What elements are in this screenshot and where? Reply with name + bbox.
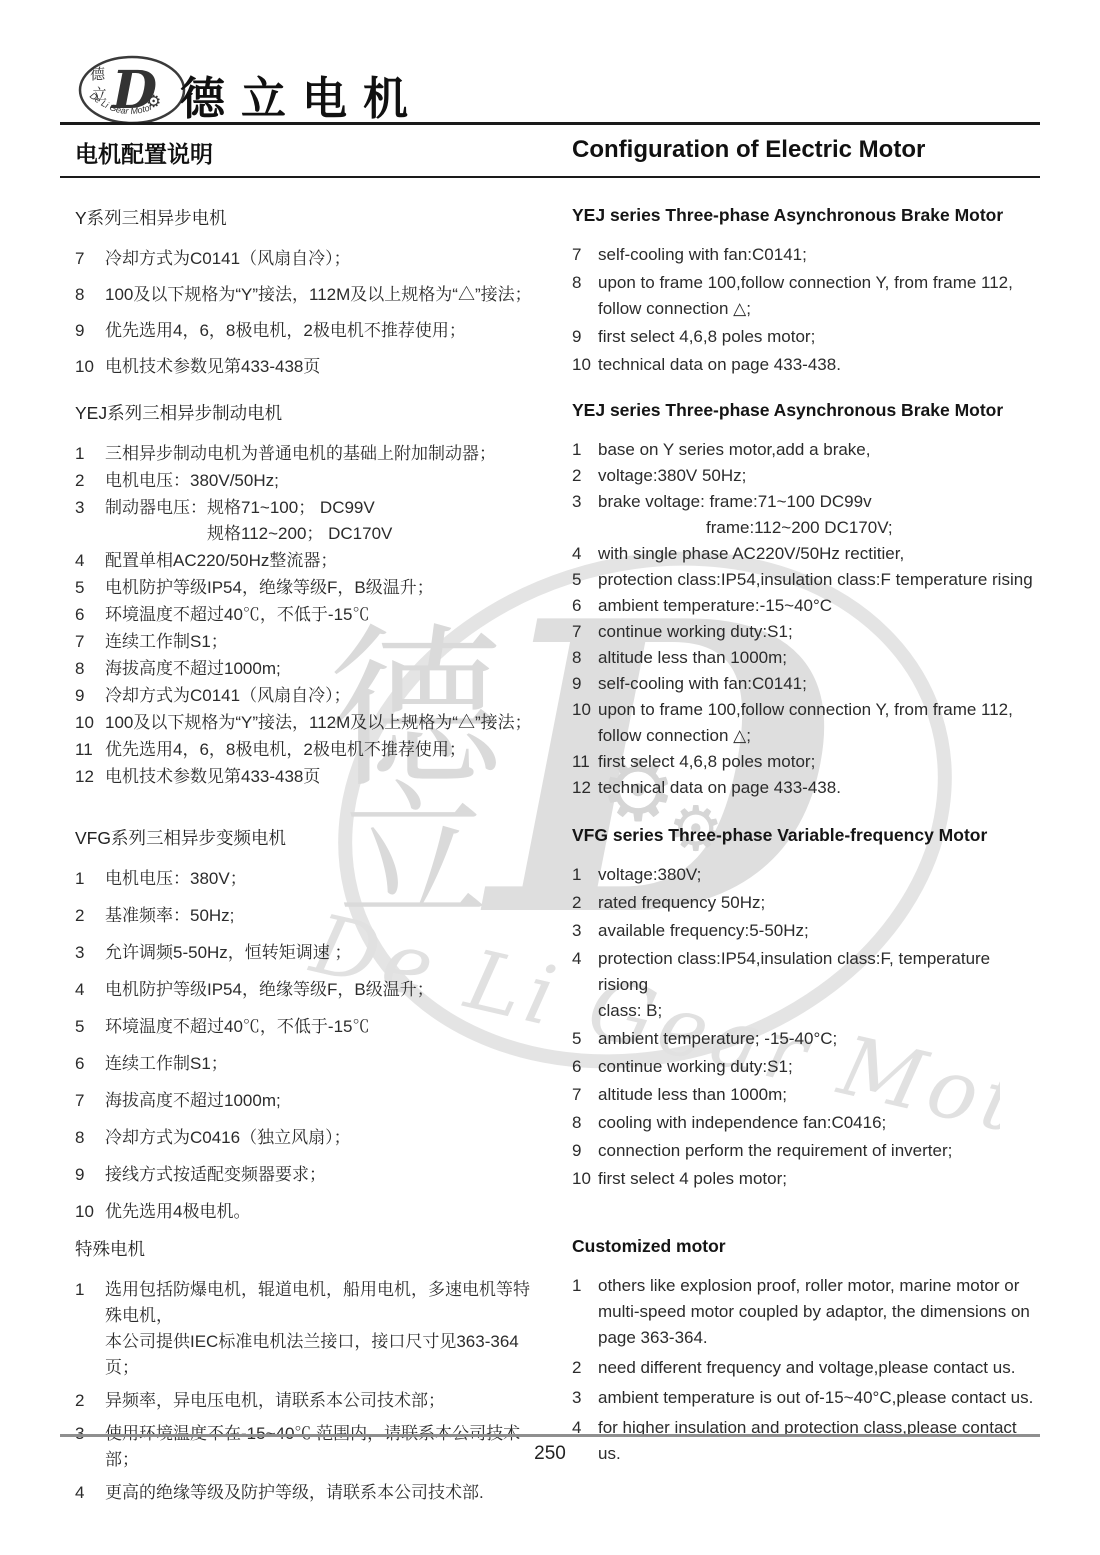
list-item: 4更高的绝缘等级及防护等级，请联系本公司技术部. [75,1480,540,1506]
list-item: 1三相异步制动电机为普通电机的基础上附加制动器； [75,441,540,467]
item-number: 9 [75,1162,105,1188]
section-heading-zh: 特殊电机 [75,1236,540,1261]
item-list: 7冷却方式为C0141（风扇自冷）；8100及以下规格为“Y”接法，112M及以… [75,246,540,380]
item-number: 9 [75,318,105,344]
list-item: 4配置单相AC220/50Hz整流器； [75,548,540,574]
list-item: 9冷却方式为C0141（风扇自冷）； [75,683,540,709]
item-body: 优先选用4极电机。 [105,1199,540,1225]
section-heading-en: VFG series Three-phase Variable-frequenc… [572,825,1040,846]
item-number: 10 [75,354,105,380]
item-number: 5 [572,567,598,593]
item-body: first select 4,6,8 poles motor; [598,324,1040,350]
item-text: upon to frame 100,follow connection Y, f… [598,697,1040,723]
item-number: 4 [572,1415,598,1441]
list-item: 7冷却方式为C0141（风扇自冷）； [75,246,540,272]
item-body: ambient temperature is out of-15~40°C,pl… [598,1385,1040,1411]
item-body: upon to frame 100,follow connection Y, f… [598,697,1040,749]
item-text: follow connection △; [598,296,1040,322]
item-text: 选用包括防爆电机，辊道电机，船用电机，多速电机等特殊电机， [105,1277,540,1329]
item-body: 制动器电压：规格71~100； DC99V规格112~200； DC170V [105,495,540,547]
item-body: self-cooling with fan:C0141; [598,242,1040,268]
item-number: 3 [572,918,598,944]
list-item: 10电机技术参数见第433-438页 [75,354,540,380]
item-number: 6 [75,1051,105,1077]
item-text: available frequency:5-50Hz; [598,918,1040,944]
item-list: 1电机电压：380V；2基准频率：50Hz;3允许调频5-50Hz，恒转矩调速 … [75,866,540,1225]
list-item: 7self-cooling with fan:C0141; [572,242,1040,268]
item-body: self-cooling with fan:C0141; [598,671,1040,697]
list-item: 6ambient temperature:-15~40°C [572,593,1040,619]
item-number: 8 [572,270,598,296]
title-divider [60,176,1040,178]
item-body: 三相异步制动电机为普通电机的基础上附加制动器； [105,441,540,467]
list-item: 5电机防护等级IP54，绝缘等级F，B级温升； [75,575,540,601]
item-body: continue working duty:S1; [598,619,1040,645]
list-item: 7continue working duty:S1; [572,619,1040,645]
item-text: 电机防护等级IP54，绝缘等级F，B级温升； [105,575,540,601]
y-series-zh: Y系列三相异步电机 7冷却方式为C0141（风扇自冷）；8100及以下规格为“Y… [75,205,540,400]
item-body: 优先选用4，6，8极电机，2极电机不推荐使用； [105,737,540,763]
list-item: 5protection class:IP54,insulation class:… [572,567,1040,593]
list-item: 3available frequency:5-50Hz; [572,918,1040,944]
item-text: 100及以下规格为“Y”接法，112M及以上规格为“△”接法； [105,282,540,308]
item-list: 1voltage:380V;2rated frequency 50Hz;3ava… [572,862,1040,1192]
list-item: 8cooling with independence fan:C0416; [572,1110,1040,1136]
item-list: 1三相异步制动电机为普通电机的基础上附加制动器；2电机电压：380V/50Hz;… [75,441,540,790]
item-text: 异频率，异电压电机，请联系本公司技术部； [105,1388,540,1414]
item-number: 6 [572,593,598,619]
item-text: ambient temperature; -15-40°C; [598,1026,1040,1052]
section-customized: 特殊电机 1选用包括防爆电机，辊道电机，船用电机，多速电机等特殊电机，本公司提供… [75,1236,1040,1513]
item-text: cooling with independence fan:C0416; [598,1110,1040,1136]
item-body: technical data on page 433-438. [598,775,1040,801]
item-number: 10 [75,1199,105,1225]
list-item: 2need different frequency and voltage,pl… [572,1355,1040,1381]
item-text: need different frequency and voltage,ple… [598,1355,1040,1381]
page-title-en: Configuration of Electric Motor [572,136,925,164]
list-item: 7连续工作制S1； [75,629,540,655]
item-number: 2 [572,1355,598,1381]
item-body: 更高的绝缘等级及防护等级，请联系本公司技术部. [105,1480,540,1506]
item-text: first select 4,6,8 poles motor; [598,324,1040,350]
item-number: 7 [572,242,598,268]
item-body: upon to frame 100,follow connection Y, f… [598,270,1040,322]
item-number: 1 [572,437,598,463]
item-body: 优先选用4，6，8极电机，2极电机不推荐使用； [105,318,540,344]
item-text: with single phase AC220V/50Hz rectitier, [598,541,1040,567]
item-text: 环境温度不超过40℃，不低于-15℃ [105,602,540,628]
list-item: 5环境温度不超过40℃，不低于-15℃ [75,1014,540,1040]
item-text: continue working duty:S1; [598,1054,1040,1080]
item-body: 电机防护等级IP54，绝缘等级F，B级温升； [105,575,540,601]
item-text: class: B; [598,998,1040,1024]
item-body: first select 4 poles motor; [598,1166,1040,1192]
item-body: 电机技术参数见第433-438页 [105,354,540,380]
list-item: 1others like explosion proof, roller mot… [572,1273,1040,1351]
list-item: 5ambient temperature; -15-40°C; [572,1026,1040,1052]
item-text: 连续工作制S1； [105,1051,540,1077]
item-text: 优先选用4，6，8极电机，2极电机不推荐使用； [105,318,540,344]
item-body: 100及以下规格为“Y”接法，112M及以上规格为“△”接法； [105,282,540,308]
item-number: 5 [75,1014,105,1040]
item-number: 9 [75,683,105,709]
list-item: 6continue working duty:S1; [572,1054,1040,1080]
section-heading-en: Customized motor [572,1236,1040,1257]
list-item: 8海拔高度不超过1000m; [75,656,540,682]
item-text: follow connection △; [598,723,1040,749]
list-item: 1voltage:380V; [572,862,1040,888]
list-item: 2基准频率：50Hz; [75,903,540,929]
logo-graphic: D 德 立 ⚙ De Li Gear Motor [76,52,188,132]
item-number: 12 [572,775,598,801]
item-body: 基准频率：50Hz; [105,903,540,929]
item-number: 3 [75,940,105,966]
list-item: 1电机电压：380V； [75,866,540,892]
item-body: connection perform the requirement of in… [598,1138,1040,1164]
list-item: 10优先选用4极电机。 [75,1199,540,1225]
list-item: 9优先选用4，6，8极电机，2极电机不推荐使用； [75,318,540,344]
list-item: 2异频率，异电压电机，请联系本公司技术部； [75,1388,540,1414]
item-text: 海拔高度不超过1000m; [105,656,540,682]
item-text: 优先选用4极电机。 [105,1199,540,1225]
item-body: 连续工作制S1； [105,1051,540,1077]
item-body: 连续工作制S1； [105,629,540,655]
section-heading-en: YEJ series Three-phase Asynchronous Brak… [572,205,1040,226]
item-number: 1 [572,1273,598,1299]
section-y-series: Y系列三相异步电机 7冷却方式为C0141（风扇自冷）；8100及以下规格为“Y… [75,205,1040,400]
item-number: 1 [75,441,105,467]
footer-divider [60,1434,1040,1437]
item-number: 4 [75,548,105,574]
item-number: 8 [572,645,598,671]
list-item: 9first select 4,6,8 poles motor; [572,324,1040,350]
list-item: 2rated frequency 50Hz; [572,890,1040,916]
yej-series-en: YEJ series Three-phase Asynchronous Brak… [572,400,1040,825]
item-text: connection perform the requirement of in… [598,1138,1040,1164]
item-text: technical data on page 433-438. [598,775,1040,801]
vfg-series-en: VFG series Three-phase Variable-frequenc… [572,825,1040,1236]
item-number: 2 [75,1388,105,1414]
list-item: 7altitude less than 1000m; [572,1082,1040,1108]
item-text: base on Y series motor,add a brake, [598,437,1040,463]
item-body: technical data on page 433-438. [598,352,1040,378]
list-item: 10100及以下规格为“Y”接法，112M及以上规格为“△”接法； [75,710,540,736]
item-text: 接线方式按适配变频器要求； [105,1162,540,1188]
item-text: 电机技术参数见第433-438页 [105,764,540,790]
list-item: 3ambient temperature is out of-15~40°C,p… [572,1385,1040,1411]
item-body: base on Y series motor,add a brake, [598,437,1040,463]
item-number: 4 [572,946,598,972]
item-text: 更高的绝缘等级及防护等级，请联系本公司技术部. [105,1480,540,1506]
item-body: ambient temperature:-15~40°C [598,593,1040,619]
item-text: 冷却方式为C0141（风扇自冷）； [105,246,540,272]
list-item: 3制动器电压：规格71~100； DC99V规格112~200； DC170V [75,495,540,547]
item-list: 7self-cooling with fan:C0141;8upon to fr… [572,242,1040,378]
item-body: continue working duty:S1; [598,1054,1040,1080]
item-number: 7 [572,1082,598,1108]
item-body: 冷却方式为C0141（风扇自冷）； [105,683,540,709]
list-item: 10first select 4 poles motor; [572,1166,1040,1192]
section-yej-series: YEJ系列三相异步制动电机 1三相异步制动电机为普通电机的基础上附加制动器；2电… [75,400,1040,825]
list-item: 12technical data on page 433-438. [572,775,1040,801]
list-item: 11first select 4,6,8 poles motor; [572,749,1040,775]
item-text: 冷却方式为C0141（风扇自冷）； [105,683,540,709]
item-text: rated frequency 50Hz; [598,890,1040,916]
item-body: protection class:IP54,insulation class:F… [598,946,1040,1024]
item-text: altitude less than 1000m; [598,645,1040,671]
item-body: voltage:380V 50Hz; [598,463,1040,489]
item-number: 1 [75,1277,105,1303]
item-number: 9 [572,1138,598,1164]
page-header: D 德 立 ⚙ De Li Gear Motor 德立电机 电机配置说明 Con… [0,0,1100,185]
item-number: 5 [75,575,105,601]
list-item: 7海拔高度不超过1000m; [75,1088,540,1114]
item-text: self-cooling with fan:C0141; [598,242,1040,268]
item-number: 10 [572,1166,598,1192]
item-body: 海拔高度不超过1000m; [105,656,540,682]
item-text: 允许调频5-50Hz，恒转矩调速 ； [105,940,540,966]
item-number: 2 [572,890,598,916]
item-text: page 363-364. [598,1325,1040,1351]
list-item: 10technical data on page 433-438. [572,352,1040,378]
item-text: voltage:380V; [598,862,1040,888]
item-body: 冷却方式为C0141（风扇自冷）； [105,246,540,272]
item-text: 优先选用4，6，8极电机，2极电机不推荐使用； [105,737,540,763]
item-number: 10 [75,710,105,736]
item-text: frame:112~200 DC170V; [706,515,1040,541]
item-text: 本公司提供IEC标准电机法兰接口，接口尺寸见363-364页； [105,1329,540,1381]
item-number: 11 [75,737,105,763]
item-number: 5 [572,1026,598,1052]
list-item: 6环境温度不超过40℃，不低于-15℃ [75,602,540,628]
item-body: need different frequency and voltage,ple… [598,1355,1040,1381]
brand-name: 德立电机 [180,62,424,127]
item-number: 3 [75,495,105,521]
list-item: 3允许调频5-50Hz，恒转矩调速 ； [75,940,540,966]
item-body: 冷却方式为C0416（独立风扇）； [105,1125,540,1151]
list-item: 6连续工作制S1； [75,1051,540,1077]
item-body: brake voltage: frame:71~100 DC99vframe:1… [598,489,1040,541]
item-text: 配置单相AC220/50Hz整流器； [105,548,540,574]
yej-series-zh: YEJ系列三相异步制动电机 1三相异步制动电机为普通电机的基础上附加制动器；2电… [75,400,540,825]
list-item: 1选用包括防爆电机，辊道电机，船用电机，多速电机等特殊电机，本公司提供IEC标准… [75,1277,540,1381]
item-number: 10 [572,697,598,723]
item-body: 电机电压：380V/50Hz; [105,468,540,494]
header-divider [60,122,1040,125]
item-number: 7 [75,1088,105,1114]
list-item: 1base on Y series motor,add a brake, [572,437,1040,463]
item-text: 基准频率：50Hz; [105,903,540,929]
item-body: 环境温度不超过40℃，不低于-15℃ [105,1014,540,1040]
item-text: 电机电压：380V； [105,866,540,892]
item-body: protection class:IP54,insulation class:F… [598,567,1040,593]
page-title-zh: 电机配置说明 [75,136,213,169]
item-body: 选用包括防爆电机，辊道电机，船用电机，多速电机等特殊电机，本公司提供IEC标准电… [105,1277,540,1381]
catalog-page: D 德 立 ⚙ ⚙ De Li Gear Motor D 德 立 ⚙ De Li… [0,0,1100,1555]
list-item: 4with single phase AC220V/50Hz rectitier… [572,541,1040,567]
list-item: 11优先选用4，6，8极电机，2极电机不推荐使用； [75,737,540,763]
item-body: altitude less than 1000m; [598,645,1040,671]
y-series-en: YEJ series Three-phase Asynchronous Brak… [572,205,1040,400]
list-item: 4电机防护等级IP54，绝缘等级F，B级温升； [75,977,540,1003]
item-list: 1others like explosion proof, roller mot… [572,1273,1040,1467]
item-text: continue working duty:S1; [598,619,1040,645]
item-text: multi-speed motor coupled by adaptor, th… [598,1299,1040,1325]
item-number: 3 [572,1385,598,1411]
item-text: 环境温度不超过40℃，不低于-15℃ [105,1014,540,1040]
list-item: 8100及以下规格为“Y”接法，112M及以上规格为“△”接法； [75,282,540,308]
item-body: 允许调频5-50Hz，恒转矩调速 ； [105,940,540,966]
vfg-series-zh: VFG系列三相异步变频电机 1电机电压：380V；2基准频率：50Hz;3允许调… [75,825,540,1236]
item-body: altitude less than 1000m; [598,1082,1040,1108]
item-number: 8 [75,656,105,682]
item-text: 电机技术参数见第433-438页 [105,354,540,380]
item-body: 环境温度不超过40℃，不低于-15℃ [105,602,540,628]
item-text: 三相异步制动电机为普通电机的基础上附加制动器； [105,441,540,467]
item-number: 4 [572,541,598,567]
item-number: 6 [572,1054,598,1080]
list-item: 9connection perform the requirement of i… [572,1138,1040,1164]
section-heading-zh: VFG系列三相异步变频电机 [75,825,540,850]
item-number: 1 [572,862,598,888]
item-body: available frequency:5-50Hz; [598,918,1040,944]
section-heading-zh: YEJ系列三相异步制动电机 [75,400,540,425]
item-number: 2 [75,903,105,929]
item-number: 8 [75,1125,105,1151]
list-item: 4protection class:IP54,insulation class:… [572,946,1040,1024]
item-text: 电机防护等级IP54，绝缘等级F，B级温升； [105,977,540,1003]
item-text: protection class:IP54,insulation class:F… [598,567,1040,593]
list-item: 8upon to frame 100,follow connection Y, … [572,270,1040,322]
item-number: 2 [572,463,598,489]
item-body: cooling with independence fan:C0416; [598,1110,1040,1136]
list-item: 9接线方式按适配变频器要求； [75,1162,540,1188]
item-body: first select 4,6,8 poles motor; [598,749,1040,775]
item-body: ambient temperature; -15-40°C; [598,1026,1040,1052]
item-number: 2 [75,468,105,494]
item-text: 电机电压：380V/50Hz; [105,468,540,494]
item-body: 配置单相AC220/50Hz整流器； [105,548,540,574]
item-text: altitude less than 1000m; [598,1082,1040,1108]
item-number: 12 [75,764,105,790]
item-number: 4 [75,977,105,1003]
item-text: 100及以下规格为“Y”接法，112M及以上规格为“△”接法； [105,710,540,736]
item-number: 6 [75,602,105,628]
item-text: self-cooling with fan:C0141; [598,671,1040,697]
item-text: 规格112~200； DC170V [207,521,540,547]
item-text: protection class:IP54,insulation class:F… [598,946,1040,998]
item-text: voltage:380V 50Hz; [598,463,1040,489]
item-text: 连续工作制S1； [105,629,540,655]
list-item: 9self-cooling with fan:C0141; [572,671,1040,697]
item-body: 电机防护等级IP54，绝缘等级F，B级温升； [105,977,540,1003]
item-text: 制动器电压：规格71~100； DC99V [105,495,540,521]
item-text: 冷却方式为C0416（独立风扇）； [105,1125,540,1151]
item-number: 7 [75,246,105,272]
item-body: 接线方式按适配变频器要求； [105,1162,540,1188]
item-number: 9 [572,671,598,697]
item-body: rated frequency 50Hz; [598,890,1040,916]
item-number: 9 [572,324,598,350]
item-body: 海拔高度不超过1000m; [105,1088,540,1114]
item-text: 海拔高度不超过1000m; [105,1088,540,1114]
item-number: 11 [572,749,598,775]
item-body: 异频率，异电压电机，请联系本公司技术部； [105,1388,540,1414]
item-list: 1选用包括防爆电机，辊道电机，船用电机，多速电机等特殊电机，本公司提供IEC标准… [75,1277,540,1506]
customized-zh: 特殊电机 1选用包括防爆电机，辊道电机，船用电机，多速电机等特殊电机，本公司提供… [75,1236,540,1513]
item-number: 10 [572,352,598,378]
item-text: ambient temperature:-15~40°C [598,593,1040,619]
logo-char-top: 德 [90,66,106,83]
item-body: voltage:380V; [598,862,1040,888]
page-content: Y系列三相异步电机 7冷却方式为C0141（风扇自冷）；8100及以下规格为“Y… [75,205,1040,1513]
item-number: 4 [75,1480,105,1506]
item-number: 3 [572,489,598,515]
list-item: 8冷却方式为C0416（独立风扇）； [75,1125,540,1151]
section-heading-en: YEJ series Three-phase Asynchronous Brak… [572,400,1040,421]
section-vfg-series: VFG系列三相异步变频电机 1电机电压：380V；2基准频率：50Hz;3允许调… [75,825,1040,1236]
item-text: others like explosion proof, roller moto… [598,1273,1040,1299]
item-number: 1 [75,866,105,892]
section-heading-zh: Y系列三相异步电机 [75,205,540,230]
item-number: 8 [572,1110,598,1136]
item-text: upon to frame 100,follow connection Y, f… [598,270,1040,296]
item-list: 1base on Y series motor,add a brake,2vol… [572,437,1040,801]
item-number: 8 [75,282,105,308]
list-item: 2voltage:380V 50Hz; [572,463,1040,489]
list-item: 8altitude less than 1000m; [572,645,1040,671]
item-text: brake voltage: frame:71~100 DC99v [598,489,1040,515]
list-item: 12电机技术参数见第433-438页 [75,764,540,790]
item-body: 100及以下规格为“Y”接法，112M及以上规格为“△”接法； [105,710,540,736]
item-body: others like explosion proof, roller moto… [598,1273,1040,1351]
list-item: 2电机电压：380V/50Hz; [75,468,540,494]
page-number: 250 [0,1443,1100,1465]
item-body: with single phase AC220V/50Hz rectitier, [598,541,1040,567]
customized-en: Customized motor 1others like explosion … [572,1236,1040,1513]
item-text: ambient temperature is out of-15~40°C,pl… [598,1385,1040,1411]
item-body: 电机技术参数见第433-438页 [105,764,540,790]
list-item: 3brake voltage: frame:71~100 DC99vframe:… [572,489,1040,541]
item-number: 7 [75,629,105,655]
list-item: 10upon to frame 100,follow connection Y,… [572,697,1040,749]
item-text: technical data on page 433-438. [598,352,1040,378]
item-body: 电机电压：380V； [105,866,540,892]
item-text: first select 4,6,8 poles motor; [598,749,1040,775]
item-number: 7 [572,619,598,645]
item-text: first select 4 poles motor; [598,1166,1040,1192]
